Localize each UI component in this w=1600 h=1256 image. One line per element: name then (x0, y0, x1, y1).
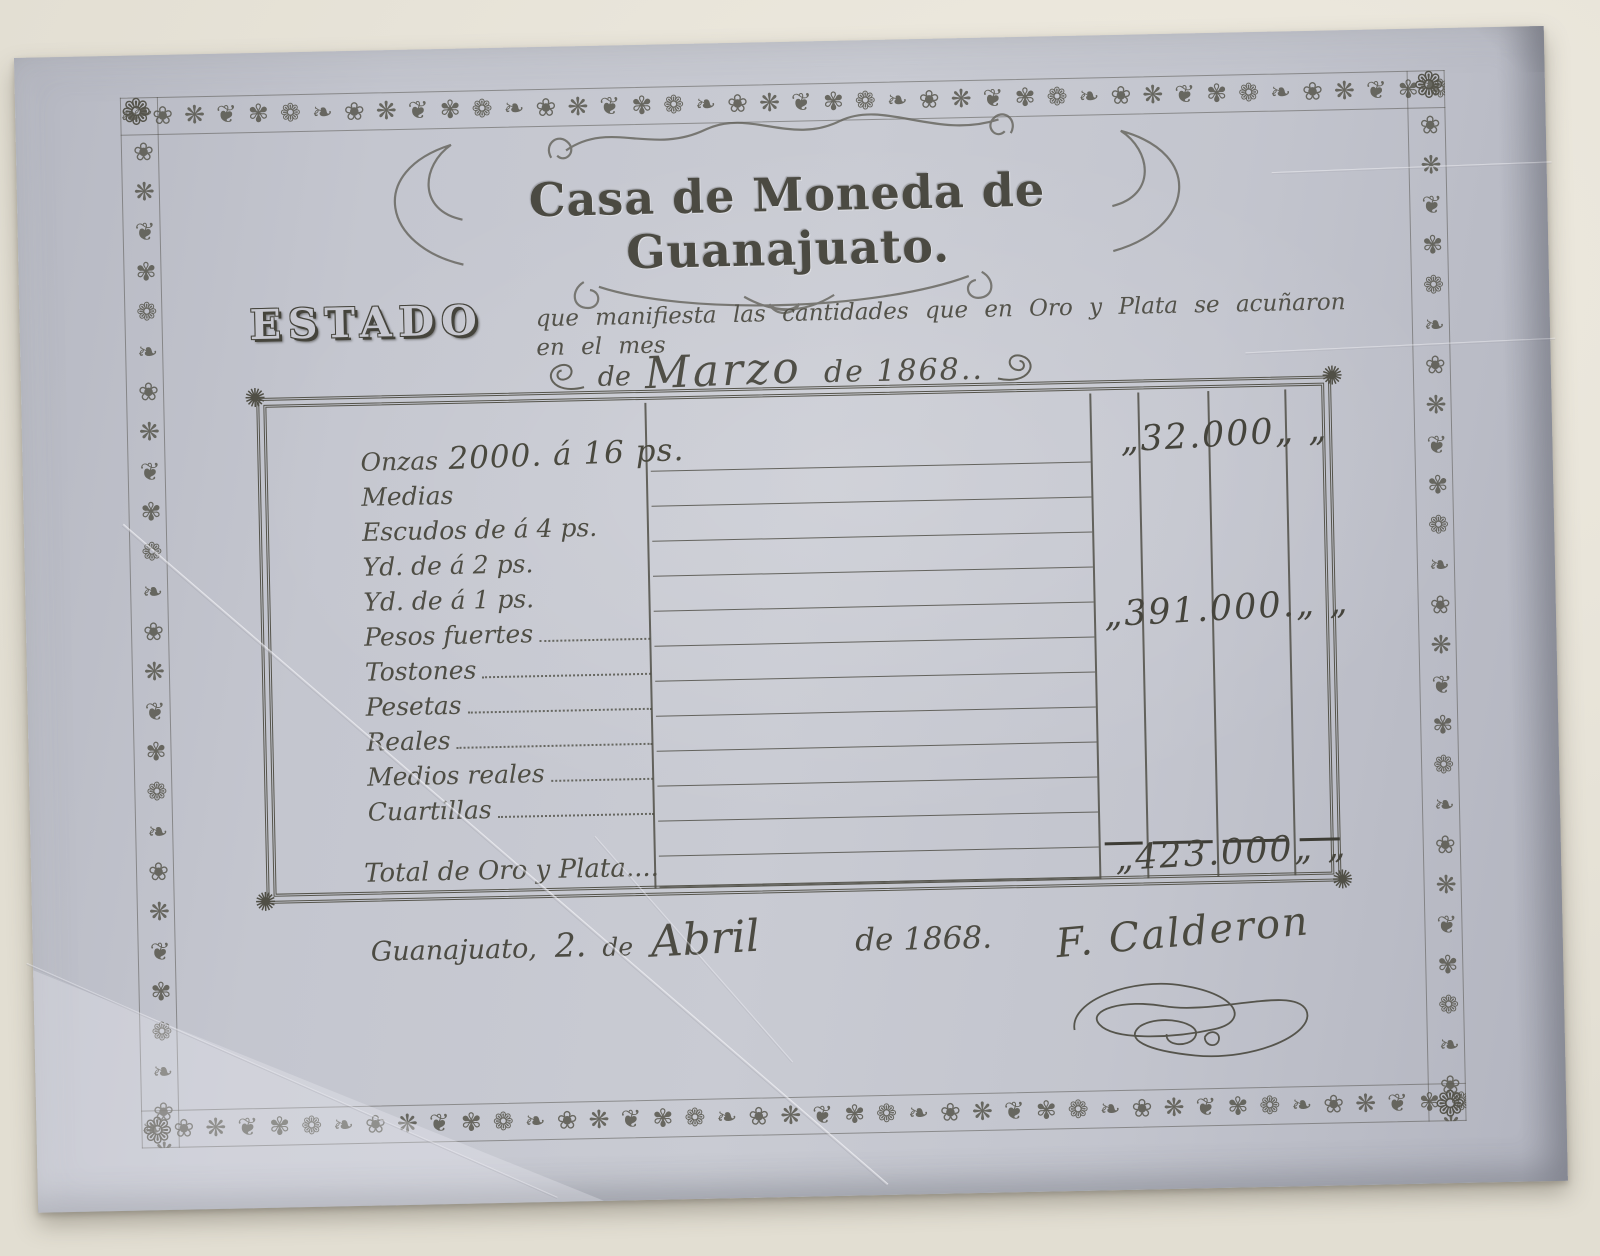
sunburst-star-icon: ✺ (1321, 363, 1343, 389)
coinage-table: ✺ ✺ ✺ ✺ (256, 375, 1341, 903)
dateline-year: de 1868. (855, 920, 993, 959)
border-band-right: ❧❀❋❦✾❁❧❀❋❦✾❁❧❀❋❦✾❁❧❀❋❦✾❁❧❀❋❦✾❁❧❀❋❦✾❁❧❀❋❦… (1407, 70, 1467, 1122)
signature-rubric-flourish (1043, 965, 1325, 1086)
dateline-month-handwritten: Abril (650, 911, 762, 968)
table-row-label: Cuartillas (367, 787, 656, 827)
dateline-day-handwritten: 2. (554, 925, 586, 965)
sunburst-star-icon: ✺ (254, 890, 276, 916)
dotted-leader (457, 743, 653, 749)
table-row-label: Onzas 2000. á 16 ps. (360, 436, 684, 477)
month-line-de: de (597, 361, 631, 393)
dotted-leader (551, 778, 654, 782)
sunburst-star-icon: ✺ (244, 386, 266, 412)
paper-dogear-corner (1474, 26, 1545, 73)
rosette-icon: ❁ (1428, 1083, 1473, 1128)
paper-edge-shadow (1498, 26, 1568, 1182)
dotted-leader (498, 813, 654, 818)
table-row-label: Medias (361, 476, 454, 512)
dateline-de: de (602, 932, 633, 962)
sunburst-star-icon: ✺ (1331, 867, 1353, 893)
document-paper: ❧❀❋❦✾❁❧❀❋❦✾❁❧❀❋❦✾❁❧❀❋❦✾❁❧❀❋❦✾❁❧❀❋❦✾❁❧❀❋❦… (14, 26, 1568, 1213)
photo-background: ❧❀❋❦✾❁❧❀❋❦✾❁❧❀❋❦✾❁❧❀❋❦✾❁❧❀❋❦✾❁❧❀❋❦✾❁❧❀❋❦… (0, 0, 1600, 1256)
estado-word: ESTADO (249, 296, 484, 349)
signature-block: F. Calderon (1012, 906, 1353, 959)
table-row-label: Yd. de á 1 ps. (363, 579, 534, 617)
rosette-icon: ❁ (1406, 64, 1451, 109)
table-row-label: Yd. de á 2 ps. (362, 544, 533, 582)
table-row-label: Pesetas (365, 682, 654, 722)
table-row-label: Pesos fuertes (364, 612, 653, 652)
table-row-label: Medios reales (367, 752, 656, 792)
document-title: Casa de Moneda de Guanajuato. (412, 160, 1164, 284)
dateline-place: Guanajuato, (370, 933, 537, 967)
border-band-top: ❧❀❋❦✾❁❧❀❋❦✾❁❧❀❋❦✾❁❧❀❋❦✾❁❧❀❋❦✾❁❧❀❋❦✾❁❧❀❋❦… (120, 70, 1446, 136)
table-row-label: Tostones (365, 647, 654, 687)
dotted-leader (483, 673, 652, 679)
rosette-icon: ❁ (135, 1110, 180, 1155)
border-band-left: ❧❀❋❦✾❁❧❀❋❦✾❁❧❀❋❦✾❁❧❀❋❦✾❁❧❀❋❦✾❁❧❀❋❦✾❁❧❀❋❦… (120, 97, 180, 1149)
handwritten-entry: 2000. á 16 ps. (447, 432, 684, 477)
dotted-leader (539, 638, 650, 642)
table-row-label: Escudos de á 4 ps. (362, 508, 598, 547)
border-band-bottom: ❧❀❋❦✾❁❧❀❋❦✾❁❧❀❋❦✾❁❧❀❋❦✾❁❧❀❋❦✾❁❧❀❋❦✾❁❧❀❋❦… (141, 1083, 1467, 1149)
rosette-icon: ❁ (114, 91, 159, 136)
table-row-label: Reales (366, 717, 655, 757)
total-label: Total de Oro y Plata.... (364, 853, 659, 889)
dotted-leader (468, 708, 652, 714)
